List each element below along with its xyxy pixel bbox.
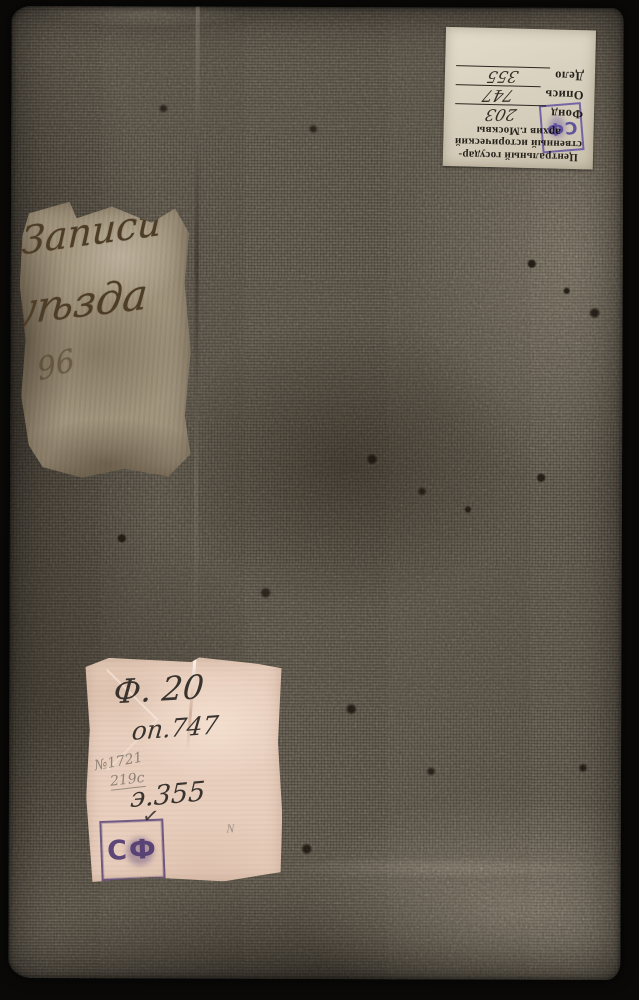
- delo-mark: э.355: [130, 776, 206, 814]
- title-line-3: 96: [35, 342, 77, 388]
- fond-number: 203: [483, 108, 517, 123]
- opis-field: Опись 747: [455, 85, 583, 105]
- book-cover: Записи уѣзда 96 Центральный государ- ств…: [8, 6, 623, 980]
- sf-stamp: СФ: [99, 819, 165, 882]
- shelf-mark-label: Ф. 20 оп.747 №1721 219с э.355 ✓ N СФ: [85, 657, 282, 882]
- title-line-1: Записи: [21, 200, 162, 264]
- opis-mark: оп.747: [130, 710, 220, 746]
- title-line-2: уѣзда: [10, 269, 150, 335]
- archive-label-content: Центральный государ- ственный историческ…: [446, 30, 593, 166]
- delo-number: 355: [486, 70, 520, 85]
- handwritten-title-label: Записи уѣзда 96: [19, 200, 193, 478]
- archive-stamp-label: Центральный государ- ственный историческ…: [443, 27, 596, 170]
- fabric-seam: [193, 7, 199, 647]
- fond-mark: Ф. 20: [112, 667, 205, 711]
- opis-number: 747: [481, 89, 515, 104]
- delo-field: Дело 355: [456, 66, 584, 86]
- pencil-n-mark: N: [226, 821, 234, 836]
- sf-stamp: СФ: [539, 102, 585, 153]
